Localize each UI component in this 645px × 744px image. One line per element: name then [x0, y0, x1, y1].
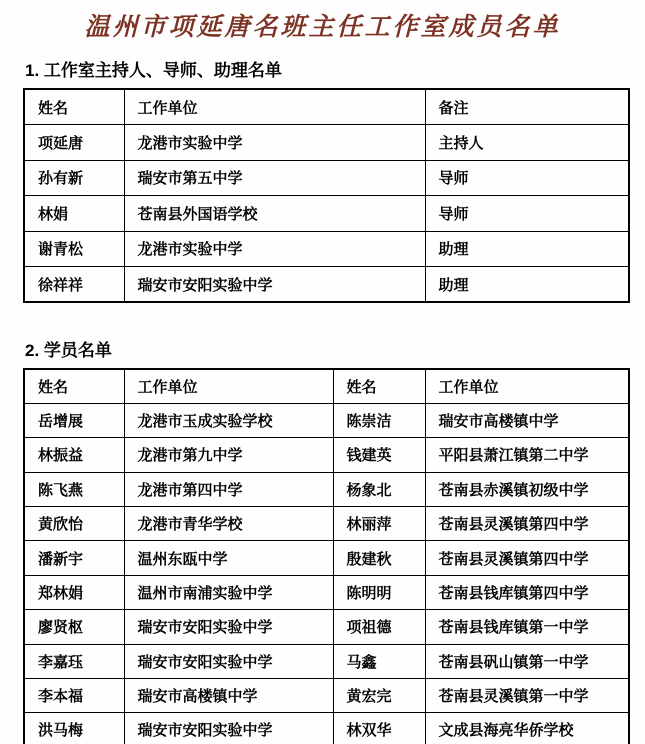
- table-cell: 陈崇洁: [333, 403, 425, 437]
- table-cell: 岳增展: [24, 403, 124, 437]
- table-row: 李本福瑞安市高楼镇中学黄宏完苍南县灵溪镇第一中学: [24, 679, 629, 713]
- table-cell: 导师: [425, 196, 629, 232]
- table-row: 洪马梅瑞安市安阳实验中学林双华文成县海亮华侨学校: [24, 713, 629, 744]
- table-cell: 苍南县钱库镇第四中学: [425, 575, 629, 609]
- table-cell: 瑞安市第五中学: [124, 160, 425, 196]
- table-cell: 龙港市第九中学: [124, 438, 333, 472]
- table-cell: 瑞安市高楼镇中学: [124, 679, 333, 713]
- table-cell: 项延唐: [24, 125, 124, 161]
- table-cell: 温州东瓯中学: [124, 541, 333, 575]
- table-cell: 孙有新: [24, 160, 124, 196]
- table-cell: 瑞安市安阳实验中学: [124, 267, 425, 303]
- table-cell: 徐祥祥: [24, 267, 124, 303]
- table-cell: 苍南县赤溪镇初级中学: [425, 472, 629, 506]
- table-row: 林振益龙港市第九中学钱建英平阳县萧江镇第二中学: [24, 438, 629, 472]
- table-cell: 瑞安市安阳实验中学: [124, 713, 333, 744]
- document-page: 温州市项延唐名班主任工作室成员名单 1. 工作室主持人、导师、助理名单 姓名工作…: [0, 0, 645, 744]
- table-row: 项延唐龙港市实验中学主持人: [24, 125, 629, 161]
- table-cell: 龙港市第四中学: [124, 472, 333, 506]
- table-cell: 平阳县萧江镇第二中学: [425, 438, 629, 472]
- table-row: 廖贤枢瑞安市安阳实验中学项祖德苍南县钱库镇第一中学: [24, 610, 629, 644]
- table-header-cell: 备注: [425, 89, 629, 125]
- table-row: 谢青松龙港市实验中学助理: [24, 231, 629, 267]
- table-cell: 郑林娟: [24, 575, 124, 609]
- table-row: 孙有新瑞安市第五中学导师: [24, 160, 629, 196]
- table-cell: 主持人: [425, 125, 629, 161]
- table-cell: 导师: [425, 160, 629, 196]
- table-cell: 苍南县灵溪镇第一中学: [425, 679, 629, 713]
- table-row: 林娟苍南县外国语学校导师: [24, 196, 629, 232]
- table-row: 潘新宇温州东瓯中学殷建秋苍南县灵溪镇第四中学: [24, 541, 629, 575]
- table-header-cell: 工作单位: [425, 369, 629, 403]
- table-cell: 苍南县外国语学校: [124, 196, 425, 232]
- table-cell: 陈飞燕: [24, 472, 124, 506]
- table-cell: 杨象北: [333, 472, 425, 506]
- section-1-heading: 1. 工作室主持人、导师、助理名单: [25, 56, 645, 81]
- table-row: 黄欣怡龙港市青华学校林丽萍苍南县灵溪镇第四中学: [24, 507, 629, 541]
- table-cell: 温州市南浦实验中学: [124, 575, 333, 609]
- table-cell: 钱建英: [333, 438, 425, 472]
- table-cell: 李本福: [24, 679, 124, 713]
- section-2-heading: 2. 学员名单: [25, 336, 645, 361]
- table-cell: 瑞安市安阳实验中学: [124, 610, 333, 644]
- table-cell: 林双华: [333, 713, 425, 744]
- table-row: 徐祥祥瑞安市安阳实验中学助理: [24, 267, 629, 303]
- table-cell: 黄宏完: [333, 679, 425, 713]
- table-cell: 陈明明: [333, 575, 425, 609]
- table-cell: 马鑫: [333, 644, 425, 678]
- table-cell: 黄欣怡: [24, 507, 124, 541]
- table-row: 郑林娟温州市南浦实验中学陈明明苍南县钱库镇第四中学: [24, 575, 629, 609]
- table-cell: 苍南县灵溪镇第四中学: [425, 507, 629, 541]
- table-cell: 李嘉珏: [24, 644, 124, 678]
- table-row: 岳增展龙港市玉成实验学校陈崇洁瑞安市高楼镇中学: [24, 403, 629, 437]
- table-cell: 廖贤枢: [24, 610, 124, 644]
- table-cell: 洪马梅: [24, 713, 124, 744]
- table-header-cell: 姓名: [24, 369, 124, 403]
- table-row: 陈飞燕龙港市第四中学杨象北苍南县赤溪镇初级中学: [24, 472, 629, 506]
- table-cell: 龙港市青华学校: [124, 507, 333, 541]
- table-cell: 林娟: [24, 196, 124, 232]
- table-cell: 苍南县灵溪镇第四中学: [425, 541, 629, 575]
- table-header-cell: 姓名: [24, 89, 124, 125]
- table-cell: 苍南县钱库镇第一中学: [425, 610, 629, 644]
- table-cell: 潘新宇: [24, 541, 124, 575]
- table-cell: 瑞安市高楼镇中学: [425, 403, 629, 437]
- table-header-cell: 工作单位: [124, 89, 425, 125]
- table-cell: 苍南县矾山镇第一中学: [425, 644, 629, 678]
- table-cell: 谢青松: [24, 231, 124, 267]
- table-header-row: 姓名工作单位姓名工作单位: [24, 369, 629, 403]
- students-table: 姓名工作单位姓名工作单位岳增展龙港市玉成实验学校陈崇洁瑞安市高楼镇中学林振益龙港…: [23, 368, 630, 744]
- page-title: 温州市项延唐名班主任工作室成员名单: [0, 7, 645, 43]
- table-header-row: 姓名工作单位备注: [24, 89, 629, 125]
- table-cell: 龙港市玉成实验学校: [124, 403, 333, 437]
- table-cell: 龙港市实验中学: [124, 125, 425, 161]
- table-cell: 助理: [425, 231, 629, 267]
- table-cell: 林振益: [24, 438, 124, 472]
- table-header-cell: 工作单位: [124, 369, 333, 403]
- table-cell: 项祖德: [333, 610, 425, 644]
- table-cell: 殷建秋: [333, 541, 425, 575]
- table-cell: 瑞安市安阳实验中学: [124, 644, 333, 678]
- table-cell: 龙港市实验中学: [124, 231, 425, 267]
- table-cell: 助理: [425, 267, 629, 303]
- staff-table: 姓名工作单位备注项延唐龙港市实验中学主持人孙有新瑞安市第五中学导师林娟苍南县外国…: [23, 88, 630, 303]
- table-cell: 文成县海亮华侨学校: [425, 713, 629, 744]
- table-cell: 林丽萍: [333, 507, 425, 541]
- table-header-cell: 姓名: [333, 369, 425, 403]
- table-row: 李嘉珏瑞安市安阳实验中学马鑫苍南县矾山镇第一中学: [24, 644, 629, 678]
